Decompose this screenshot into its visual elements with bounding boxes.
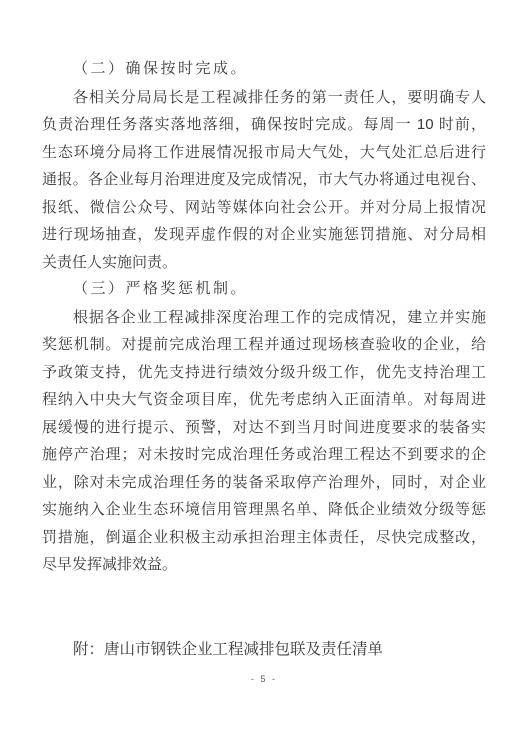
paragraph-supervision: 各相关分局局长是工程减排任务的第一责任人，要明确专人负责治理任务落实落地落细，确… [42,84,486,277]
paragraph-rewards-punishments: 根据各企业工程减排深度治理工作的完成情况，建立并实施奖惩机制。对提前完成治理工程… [42,304,486,579]
text-line: 生态环境分局将工作进展情况报市局大气处，大气处汇总后进行 [42,139,486,167]
text-line: 通报。各企业每月治理进度及完成情况，市大气办将通过电视台、 [42,166,486,194]
text-line: 予政策支持，优先支持进行绩效分级升级工作，优先支持治理工 [42,359,486,387]
text-line: 关责任人实施问责。 [42,249,486,277]
text-line: 程纳入中央大气资金项目库，优先考虑纳入正面清单。对每周进 [42,386,486,414]
text-line: 奖惩机制。对提前完成治理工程并通过现场核查验收的企业，给 [42,331,486,359]
text-line: 展缓慢的进行提示、预警，对达不到当月时间进度要求的装备实 [42,414,486,442]
section-heading-2: （二）确保按时完成。 [42,56,486,84]
document-page: （二）确保按时完成。 各相关分局局长是工程减排任务的第一责任人，要明确专人负责治… [0,0,528,735]
text-line: 根据各企业工程减排深度治理工作的完成情况，建立并实施 [42,304,486,332]
text-line: 业，除对未完成治理任务的装备采取停产治理外，同时，对企业 [42,469,486,497]
section-heading-3: （三）严格奖惩机制。 [42,276,486,304]
text-line: 实施纳入企业生态环境信用管理黑名单、降低企业绩效分级等惩 [42,496,486,524]
text-line: 负责治理任务落实落地落细，确保按时完成。每周一 10 时前， [42,111,486,139]
text-line: 报纸、微信公众号、网站等媒体向社会公开。并对分局上报情况 [42,194,486,222]
page-number: - 5 - [42,674,486,684]
attachment-note: 附：唐山市钢铁企业工程减排包联及责任清单 [42,636,486,664]
text-line: 施停产治理；对未按时完成治理任务或治理工程达不到要求的企 [42,441,486,469]
text-line: 各相关分局局长是工程减排任务的第一责任人，要明确专人 [42,84,486,112]
text-line: 尽早发挥减排效益。 [42,551,486,579]
text-line: 罚措施，倒逼企业积极主动承担治理主体责任，尽快完成整改， [42,524,486,552]
text-line: 进行现场抽查，发现弄虚作假的对企业实施惩罚措施、对分局相 [42,221,486,249]
